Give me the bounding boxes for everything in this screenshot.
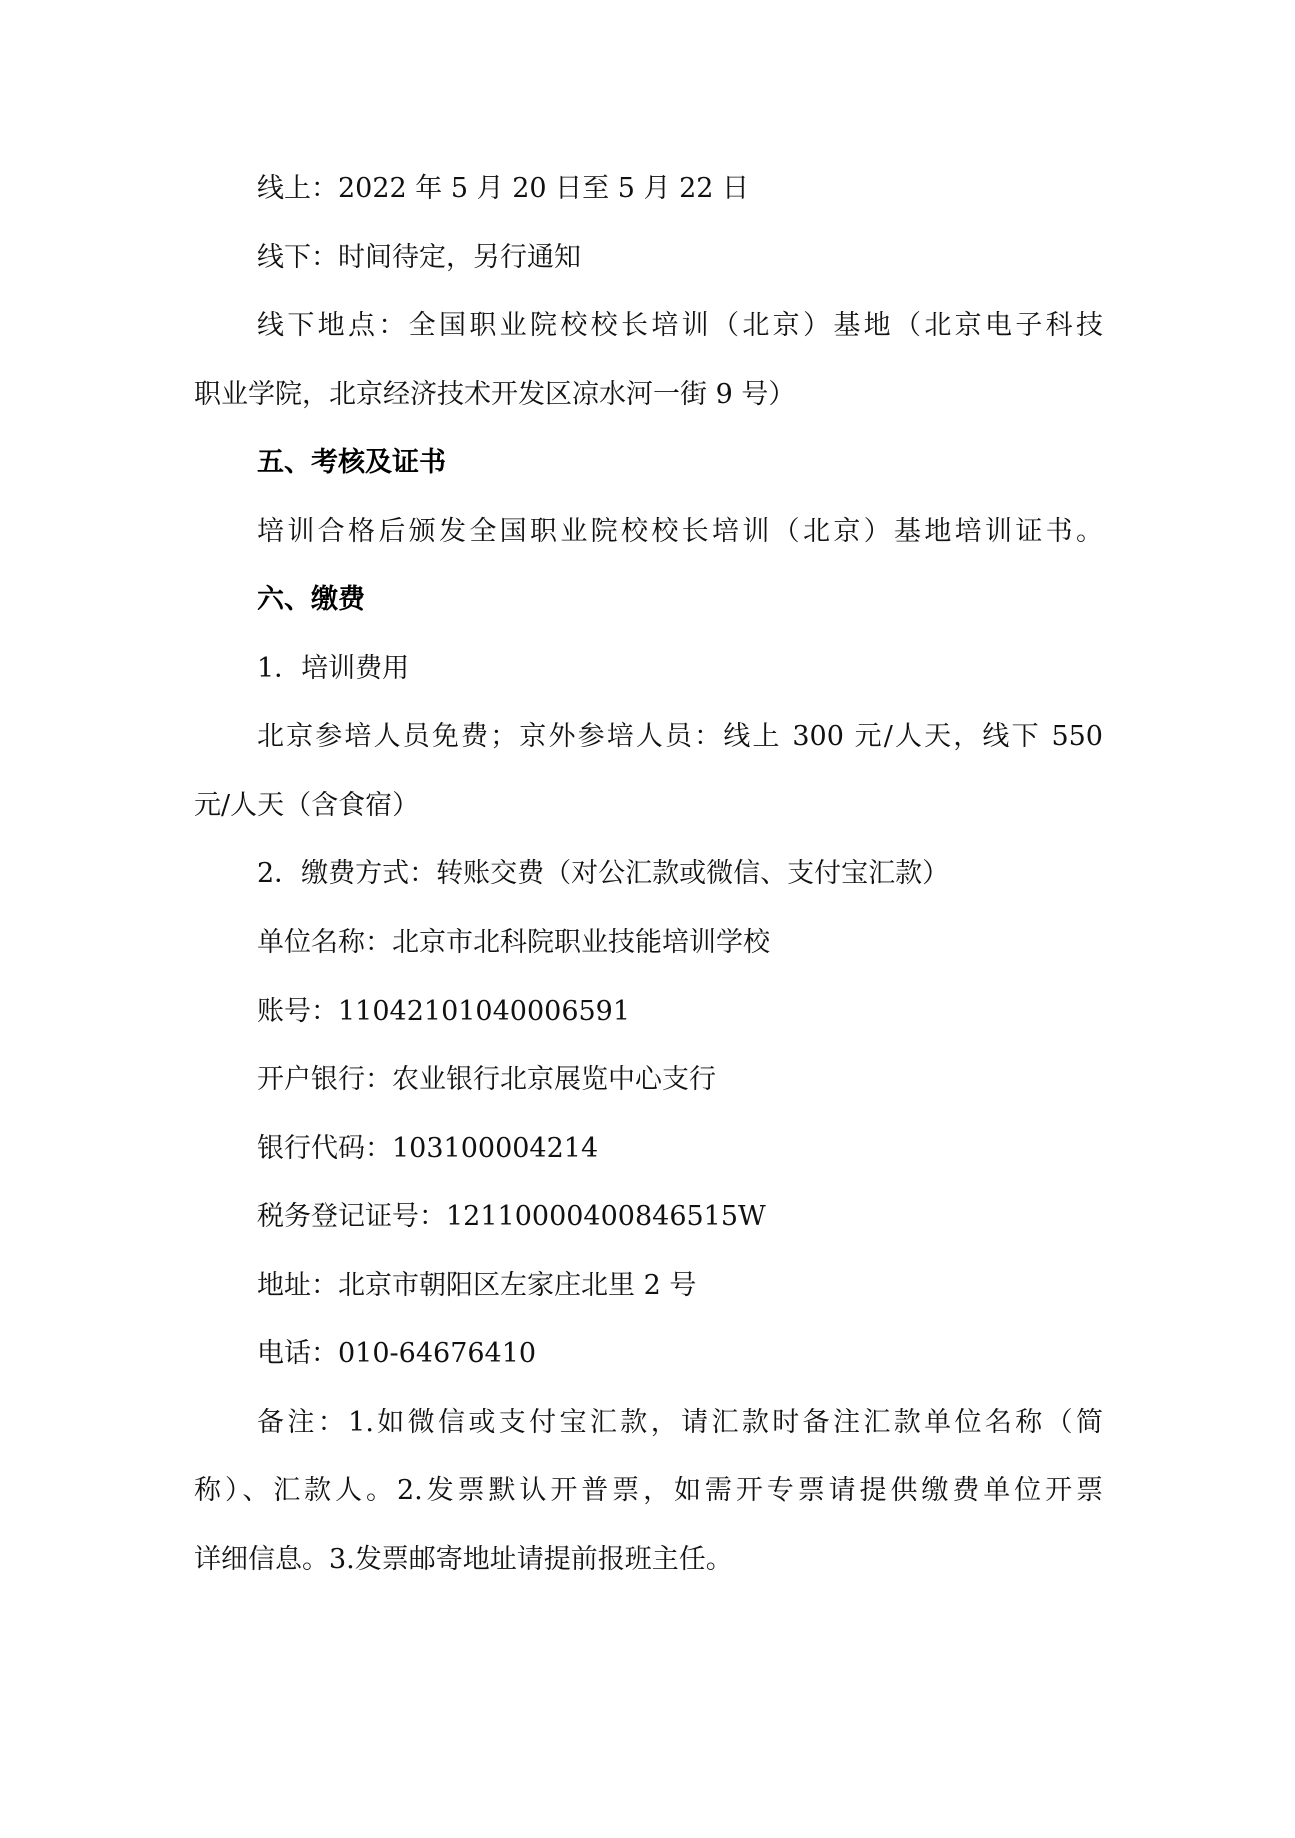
notes-line-1: 备注：1.如微信或支付宝汇款，请汇款时备注汇款单位名称（简 xyxy=(194,1389,1103,1458)
notes-line-3: 详细信息。3.发票邮寄地址请提前报班主任。 xyxy=(194,1526,1103,1595)
document-body: 线上：2022 年 5 月 20 日至 5 月 22 日 线下：时间待定，另行通… xyxy=(194,155,1103,1594)
notes-line-2: 称）、汇款人。2.发票默认开普票，如需开专票请提供缴费单位开票 xyxy=(194,1457,1103,1526)
account-name: 单位名称：北京市北科院职业技能培训学校 xyxy=(194,909,1103,978)
fee-line-2: 元/人天（含食宿） xyxy=(194,772,1103,841)
section-5-heading: 五、考核及证书 xyxy=(194,429,1103,498)
bank-code: 银行代码：103100004214 xyxy=(194,1115,1103,1184)
section-5-body: 培训合格后颁发全国职业院校校长培训（北京）基地培训证书。 xyxy=(194,498,1103,567)
document-page: 线上：2022 年 5 月 20 日至 5 月 22 日 线下：时间待定，另行通… xyxy=(0,0,1295,1838)
offline-location-line-1: 线下地点：全国职业院校校长培训（北京）基地（北京电子科技 xyxy=(194,292,1103,361)
phone: 电话：010-64676410 xyxy=(194,1320,1103,1389)
fee-title: 1．培训费用 xyxy=(194,635,1103,704)
section-6-heading: 六、缴费 xyxy=(194,566,1103,635)
offline-schedule: 线下：时间待定，另行通知 xyxy=(194,224,1103,293)
fee-line-1: 北京参培人员免费；京外参培人员：线上 300 元/人天，线下 550 xyxy=(194,703,1103,772)
bank-name: 开户银行：农业银行北京展览中心支行 xyxy=(194,1046,1103,1115)
offline-location-line-2: 职业学院，北京经济技术开发区凉水河一街 9 号） xyxy=(194,361,1103,430)
account-number: 账号：11042101040006591 xyxy=(194,978,1103,1047)
payment-method: 2．缴费方式：转账交费（对公汇款或微信、支付宝汇款） xyxy=(194,840,1103,909)
tax-id: 税务登记证号：12110000400846515W xyxy=(194,1183,1103,1252)
address: 地址：北京市朝阳区左家庄北里 2 号 xyxy=(194,1252,1103,1321)
online-schedule: 线上：2022 年 5 月 20 日至 5 月 22 日 xyxy=(194,155,1103,224)
